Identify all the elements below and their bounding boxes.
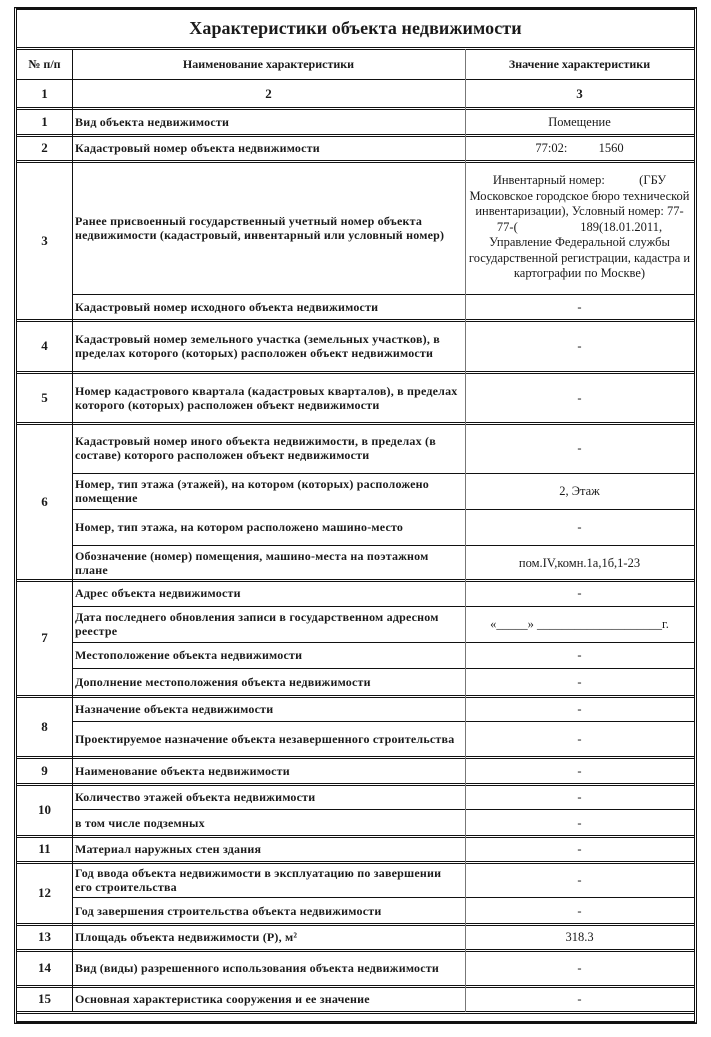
- row-number: 1: [17, 108, 72, 135]
- row-number: 4: [17, 320, 72, 372]
- characteristic-name: Номер кадастрового квартала (кадастровых…: [72, 372, 465, 423]
- characteristic-value: Помещение: [465, 108, 694, 135]
- characteristic-value: -: [465, 642, 694, 668]
- row-number: 8: [17, 696, 72, 757]
- characteristic-name: Наименование объекта недвижимости: [72, 757, 465, 784]
- characteristic-name: Проектируемое назначение объекта незавер…: [72, 721, 465, 757]
- row-number: 2: [17, 135, 72, 161]
- row-number: 3: [17, 161, 72, 320]
- characteristic-name: Обозначение (номер) помещения, машино-ме…: [72, 545, 465, 580]
- characteristic-value: 2, Этаж: [465, 473, 694, 509]
- characteristic-name: Местоположение объекта недвижимости: [72, 642, 465, 668]
- characteristic-name: Материал наружных стен здания: [72, 836, 465, 862]
- characteristic-name: Площадь объекта недвижимости (Р), м²: [72, 924, 465, 950]
- characteristic-name: Ранее присвоенный государственный учетны…: [72, 161, 465, 294]
- characteristic-value: -: [465, 784, 694, 809]
- characteristic-value: -: [465, 668, 694, 696]
- characteristic-name: Дата последнего обновления записи в госу…: [72, 606, 465, 642]
- characteristic-name: Кадастровый номер исходного объекта недв…: [72, 294, 465, 320]
- characteristic-value: -: [465, 294, 694, 320]
- row-number: 15: [17, 986, 72, 1012]
- characteristic-value: -: [465, 320, 694, 372]
- characteristic-value: Инвентарный номер: (ГБУ Московское город…: [465, 161, 694, 294]
- header-value: Значение характеристики: [465, 49, 694, 79]
- column-number-3: 3: [465, 79, 694, 108]
- characteristic-value: -: [465, 721, 694, 757]
- characteristic-value: -: [465, 950, 694, 986]
- characteristic-name: Кадастровый номер земельного участка (зе…: [72, 320, 465, 372]
- header-top-border: [17, 47, 694, 50]
- characteristic-value: -: [465, 509, 694, 545]
- characteristic-name: Количество этажей объекта недвижимости: [72, 784, 465, 809]
- characteristic-value: пом.IV,комн.1а,1б,1-23: [465, 545, 694, 580]
- characteristic-name: Кадастровый номер иного объекта недвижим…: [72, 423, 465, 473]
- row-number: 9: [17, 757, 72, 784]
- row-number: 7: [17, 580, 72, 696]
- characteristic-value: -: [465, 986, 694, 1012]
- characteristic-value: -: [465, 862, 694, 897]
- row-number: 6: [17, 423, 72, 580]
- document-title: Характеристики объекта недвижимости: [17, 10, 694, 47]
- characteristic-value: -: [465, 696, 694, 721]
- characteristic-name: в том числе подземных: [72, 809, 465, 836]
- characteristic-name: Назначение объекта недвижимости: [72, 696, 465, 721]
- characteristic-name: Номер, тип этажа (этажей), на котором (к…: [72, 473, 465, 509]
- header-num: № п/п: [17, 49, 72, 79]
- characteristic-value: -: [465, 757, 694, 784]
- characteristic-value: -: [465, 372, 694, 423]
- column-number-1: 1: [17, 79, 72, 108]
- characteristic-value: -: [465, 897, 694, 924]
- column-number-2: 2: [72, 79, 465, 108]
- characteristic-name: Дополнение местоположения объекта недвиж…: [72, 668, 465, 696]
- row-number: 14: [17, 950, 72, 986]
- characteristic-name: Вид объекта недвижимости: [72, 108, 465, 135]
- column-divider-2: [465, 49, 466, 1012]
- row-number: 5: [17, 372, 72, 423]
- characteristic-value: 318.3: [465, 924, 694, 950]
- characteristic-name: Адрес объекта недвижимости: [72, 580, 465, 606]
- characteristic-value: -: [465, 809, 694, 836]
- characteristic-value: -: [465, 836, 694, 862]
- characteristic-value: «_____» ____________________г.: [465, 606, 694, 642]
- characteristic-name: Год завершения строительства объекта нед…: [72, 897, 465, 924]
- column-divider-1: [72, 49, 73, 1012]
- characteristic-value: -: [465, 580, 694, 606]
- characteristic-value: 77:02: 1560: [465, 135, 694, 161]
- row-number: 13: [17, 924, 72, 950]
- characteristic-name: Основная характеристика сооружения и ее …: [72, 986, 465, 1012]
- characteristic-value: -: [465, 423, 694, 473]
- header-divider: [17, 79, 694, 80]
- row-number: 12: [17, 862, 72, 924]
- characteristic-name: Кадастровый номер объекта недвижимости: [72, 135, 465, 161]
- header-name: Наименование характеристики: [72, 49, 465, 79]
- row-number: 11: [17, 836, 72, 862]
- row-number: 10: [17, 784, 72, 836]
- characteristic-name: Вид (виды) разрешенного использования об…: [72, 950, 465, 986]
- characteristic-name: Номер, тип этажа, на котором расположено…: [72, 509, 465, 545]
- characteristic-name: Год ввода объекта недвижимости в эксплуа…: [72, 862, 465, 897]
- row-divider: [17, 1011, 694, 1014]
